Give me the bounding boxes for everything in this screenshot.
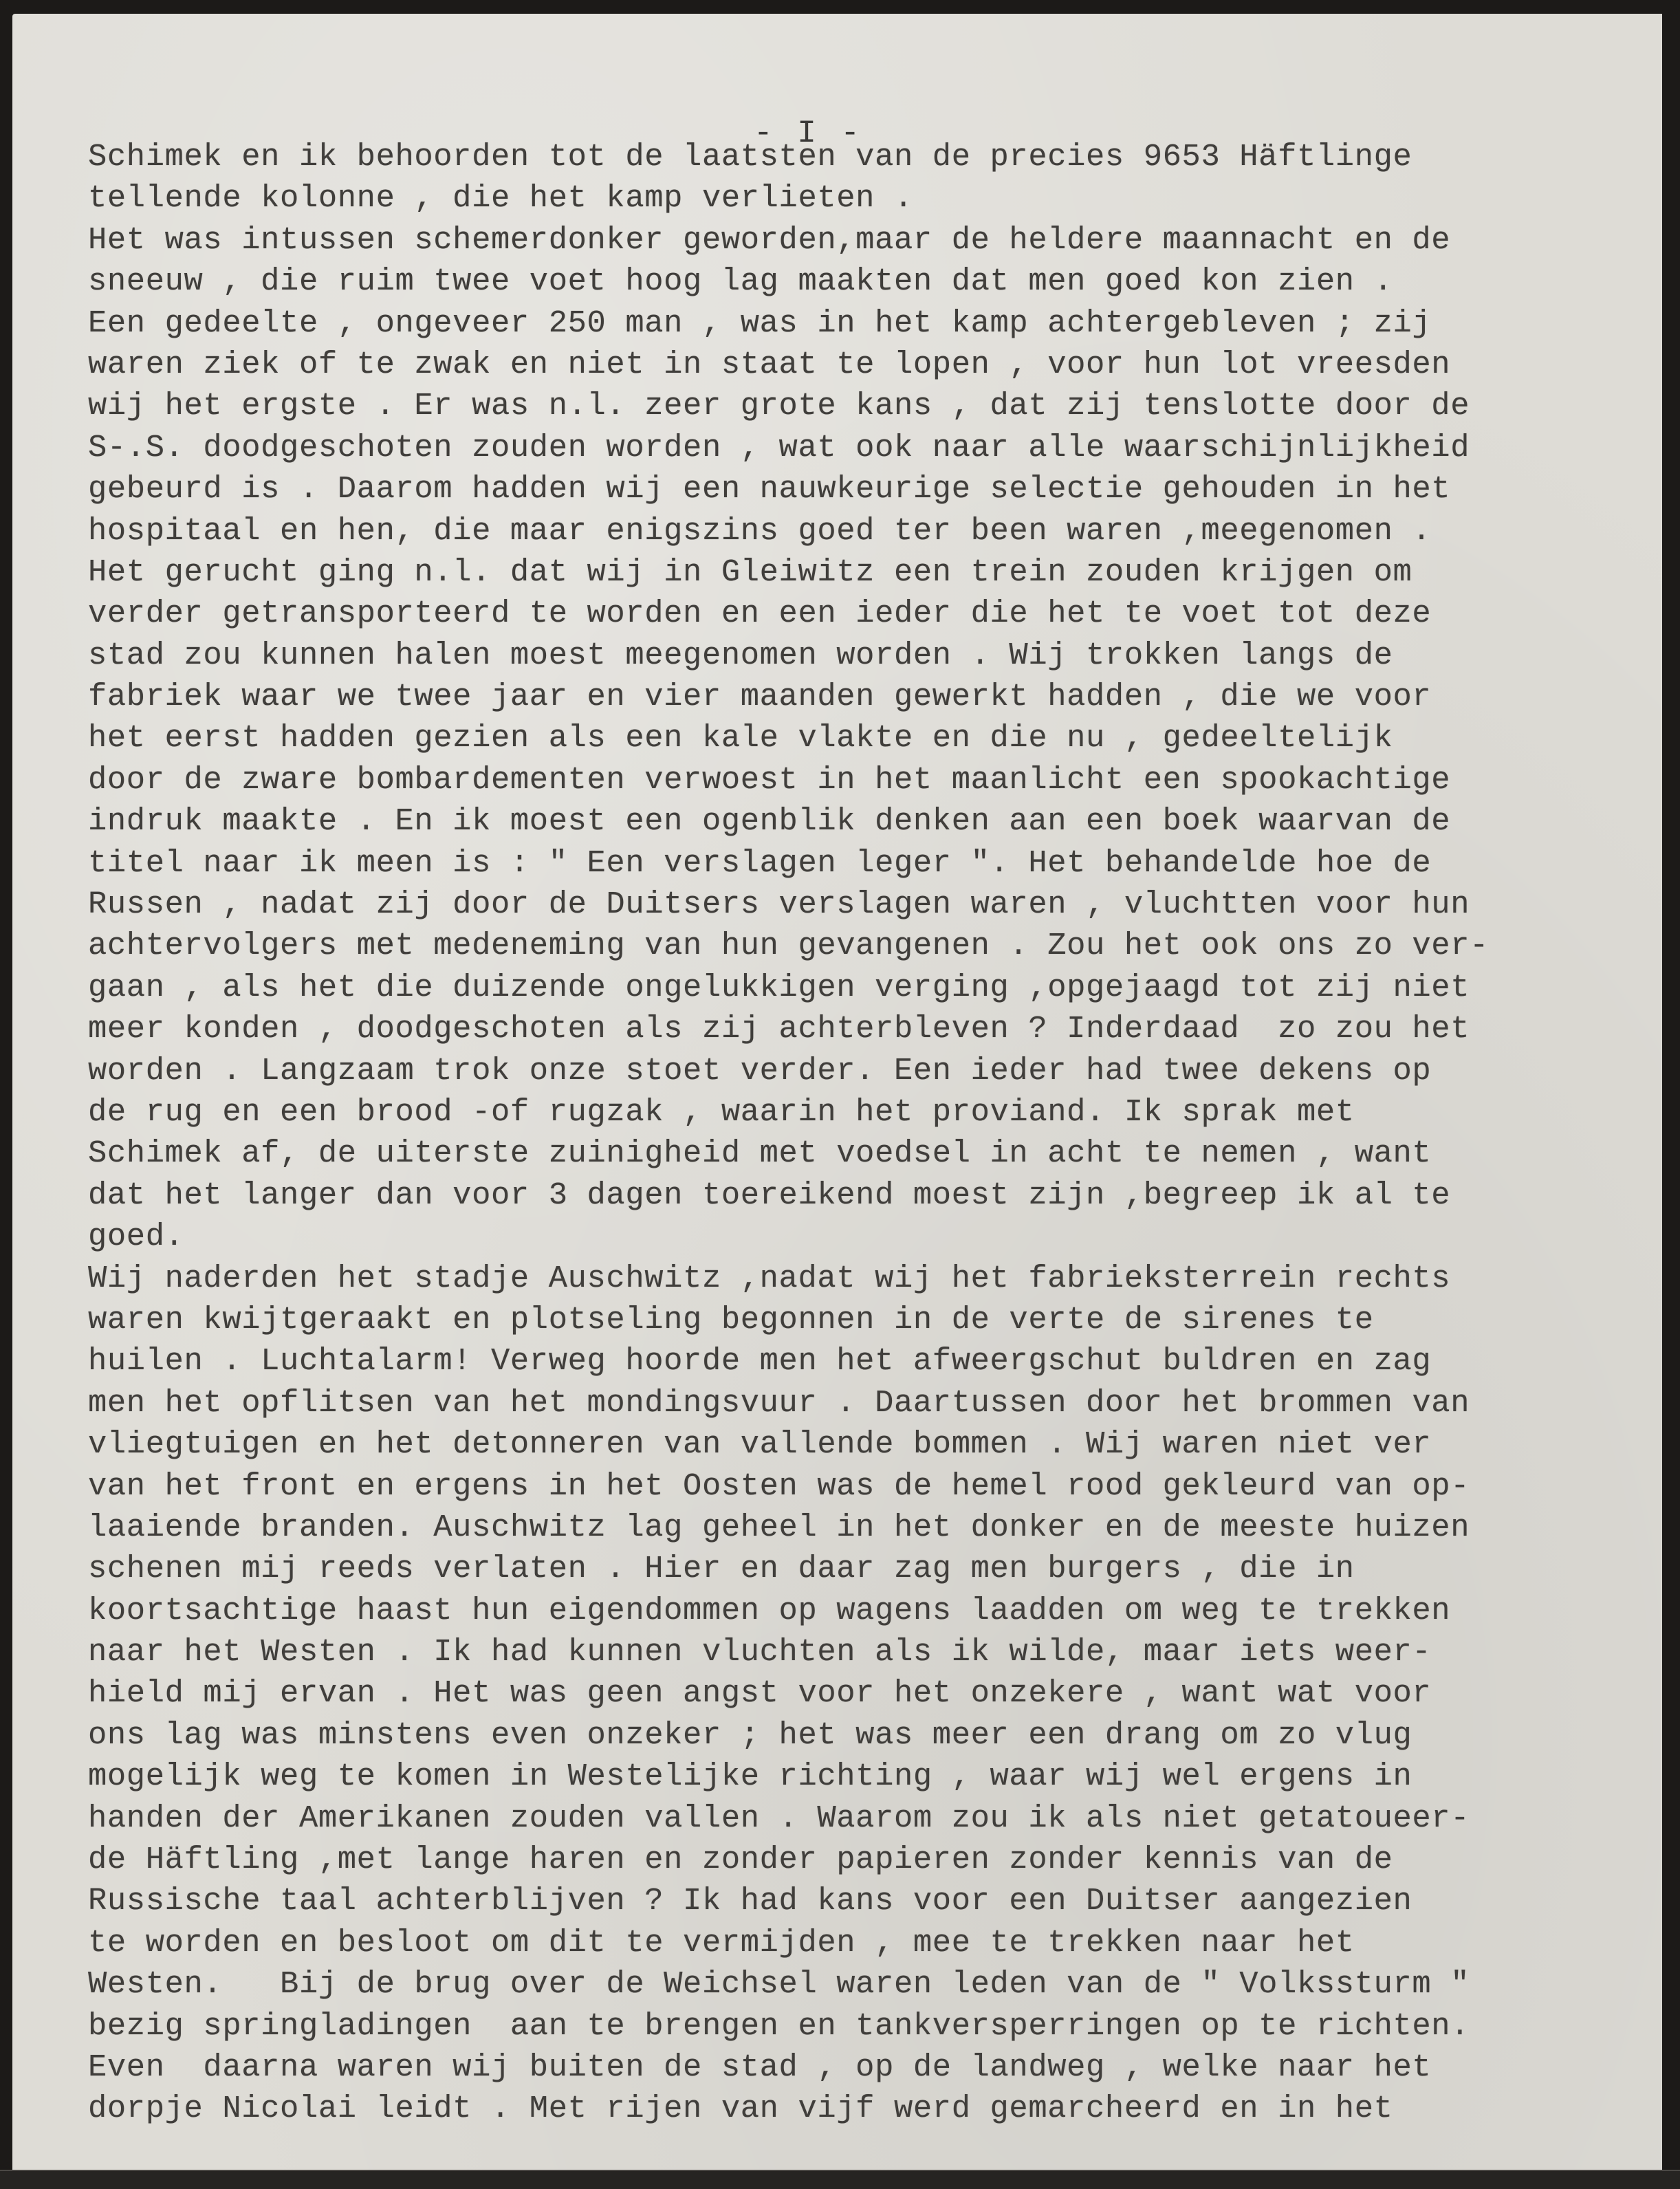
text-line: de Häftling ,met lange haren en zonder p… xyxy=(88,1839,1642,1880)
text-line: Russen , nadat zij door de Duitsers vers… xyxy=(88,884,1642,925)
text-line: handen der Amerikanen zouden vallen . Wa… xyxy=(88,1798,1642,1839)
text-line: Russische taal achterblijven ? Ik had ka… xyxy=(88,1880,1642,1921)
text-line: goed. xyxy=(88,1216,1642,1257)
text-line: hield mij ervan . Het was geen angst voo… xyxy=(88,1673,1642,1714)
text-line: tellende kolonne , die het kamp verliete… xyxy=(88,177,1642,219)
text-line: Even daarna waren wij buiten de stad , o… xyxy=(88,2047,1642,2088)
text-line: Het gerucht ging n.l. dat wij in Gleiwit… xyxy=(88,552,1642,593)
text-line: te worden en besloot om dit te vermijden… xyxy=(88,1922,1642,1963)
text-line: verder getransporteerd te worden en een … xyxy=(88,593,1642,634)
text-line: dorpje Nicolai leidt . Met rijen van vij… xyxy=(88,2088,1642,2129)
text-line: Het was intussen schemerdonker geworden,… xyxy=(88,219,1642,261)
typewritten-page: - I - Schimek en ik behoorden tot de laa… xyxy=(12,14,1662,2170)
text-line: waren kwijtgeraakt en plotseling begonne… xyxy=(88,1299,1642,1340)
text-line: Wij naderden het stadje Auschwitz ,nadat… xyxy=(88,1258,1642,1299)
text-line: stad zou kunnen halen moest meegenomen w… xyxy=(88,635,1642,676)
text-line: wij het ergste . Er was n.l. zeer grote … xyxy=(88,385,1642,426)
text-line: sneeuw , die ruim twee voet hoog lag maa… xyxy=(88,261,1642,302)
text-line: Schimek en ik behoorden tot de laatsten … xyxy=(88,136,1642,177)
text-line: S-.S. doodgeschoten zouden worden , wat … xyxy=(88,427,1642,468)
text-line: worden . Langzaam trok onze stoet verder… xyxy=(88,1050,1642,1091)
text-line: koortsachtige haast hun eigendommen op w… xyxy=(88,1590,1642,1631)
text-line: bezig springladingen aan te brengen en t… xyxy=(88,2005,1642,2047)
text-line: vliegtuigen en het detonneren van vallen… xyxy=(88,1424,1642,1465)
text-line: huilen . Luchtalarm! Verweg hoorde men h… xyxy=(88,1340,1642,1382)
text-line: Westen. Bij de brug over de Weichsel war… xyxy=(88,1963,1642,2005)
text-line: Een gedeelte , ongeveer 250 man , was in… xyxy=(88,303,1642,344)
text-line: schenen mij reeds verlaten . Hier en daa… xyxy=(88,1548,1642,1589)
text-line: men het opflitsen van het mondingsvuur .… xyxy=(88,1382,1642,1424)
scanner-background xyxy=(0,2170,1680,2189)
text-line: Schimek af, de uiterste zuinigheid met v… xyxy=(88,1133,1642,1174)
text-line: titel naar ik meen is : " Een verslagen … xyxy=(88,842,1642,884)
text-line: laaiende branden. Auschwitz lag geheel i… xyxy=(88,1507,1642,1548)
text-line: het eerst hadden gezien als een kale vla… xyxy=(88,717,1642,759)
text-line: gaan , als het die duizende ongelukkigen… xyxy=(88,967,1642,1008)
text-line: hospitaal en hen, die maar enigszins goe… xyxy=(88,510,1642,552)
text-line: van het front en ergens in het Oosten wa… xyxy=(88,1466,1642,1507)
text-line: fabriek waar we twee jaar en vier maande… xyxy=(88,676,1642,717)
text-line: waren ziek of te zwak en niet in staat t… xyxy=(88,344,1642,385)
text-line: achtervolgers met medeneming van hun gev… xyxy=(88,925,1642,966)
text-line: dat het langer dan voor 3 dagen toereike… xyxy=(88,1175,1642,1216)
text-line: meer konden , doodgeschoten als zij acht… xyxy=(88,1008,1642,1049)
text-line: de rug en een brood -of rugzak , waarin … xyxy=(88,1091,1642,1133)
text-line: door de zware bombardementen verwoest in… xyxy=(88,759,1642,801)
body-text: Schimek en ik behoorden tot de laatsten … xyxy=(88,136,1642,2130)
text-line: mogelijk weg te komen in Westelijke rich… xyxy=(88,1756,1642,1797)
text-line: indruk maakte . En ik moest een ogenblik… xyxy=(88,801,1642,842)
text-line: gebeurd is . Daarom hadden wij een nauwk… xyxy=(88,468,1642,510)
text-line: ons lag was minstens even onzeker ; het … xyxy=(88,1714,1642,1756)
text-line: naar het Westen . Ik had kunnen vluchten… xyxy=(88,1631,1642,1673)
